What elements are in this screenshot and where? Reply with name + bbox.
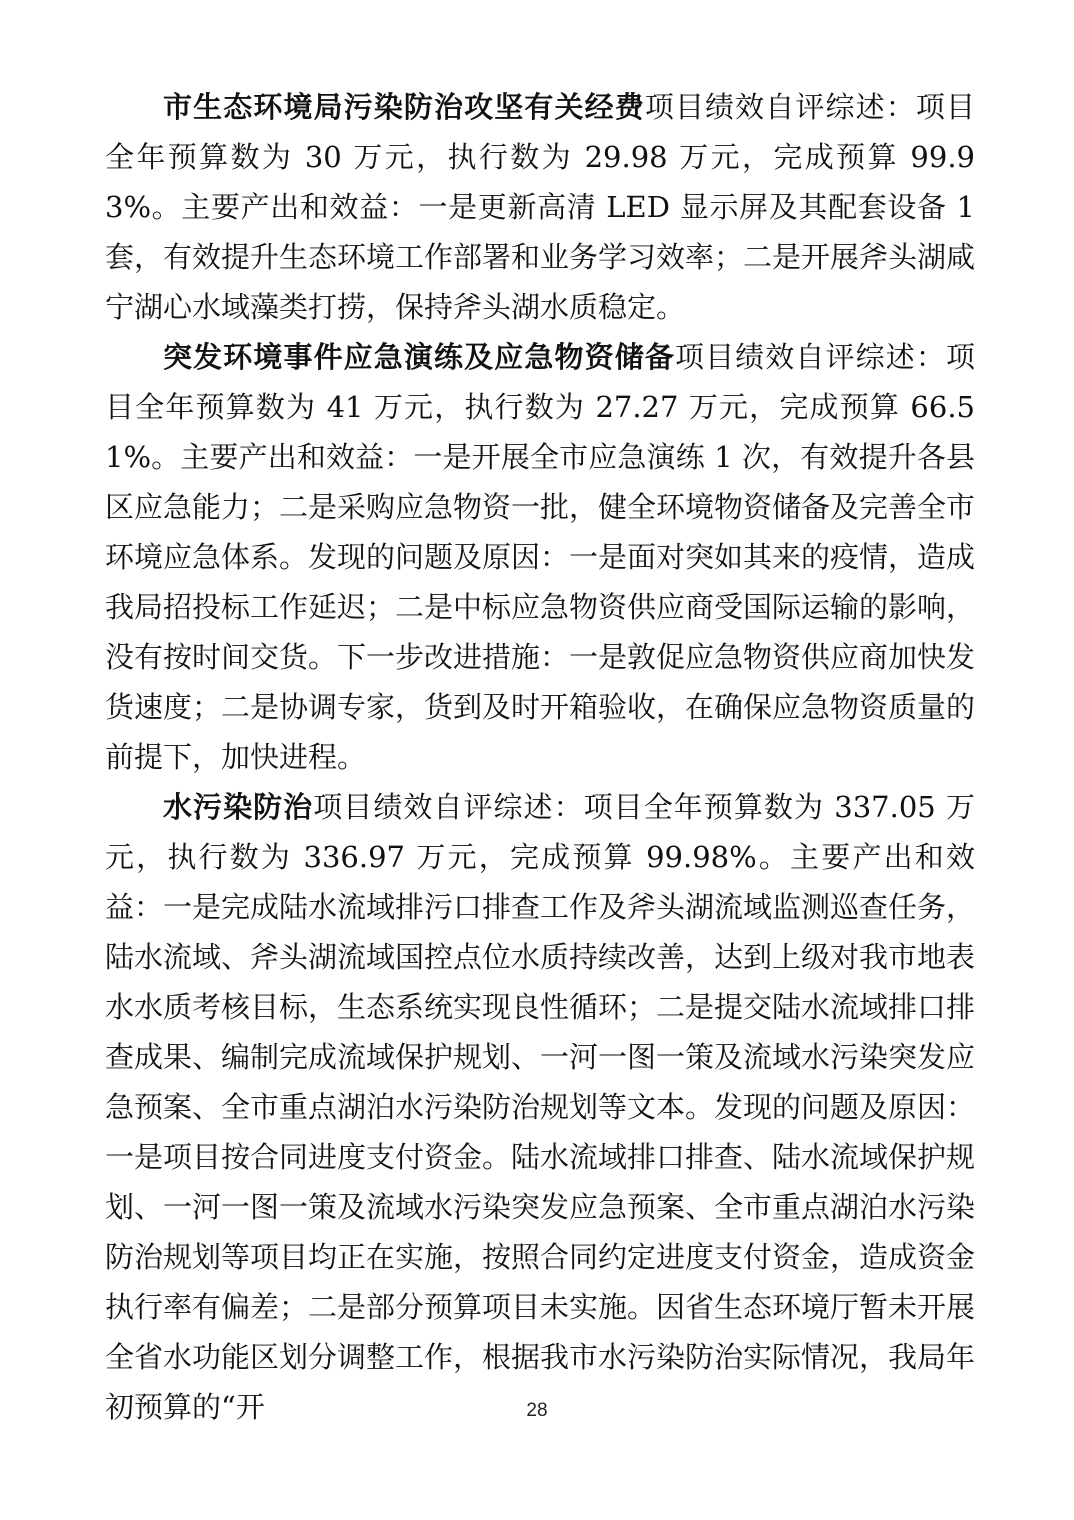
paragraph-emergency-drill-supplies: 突发环境事件应急演练及应急物资储备项目绩效自评综述：项目全年预算数为 41 万元… [105,332,975,782]
paragraph-body-text: 项目绩效自评综述：项目全年预算数为 337.05 万元，执行数为 336.97 … [105,790,975,1424]
paragraph-water-pollution-control: 水污染防治项目绩效自评综述：项目全年预算数为 337.05 万元，执行数为 33… [105,782,975,1432]
page-number: 28 [0,1400,1074,1422]
page-content: 市生态环境局污染防治攻坚有关经费项目绩效自评综述：项目全年预算数为 30 万元，… [105,82,975,1432]
document-page: 市生态环境局污染防治攻坚有关经费项目绩效自评综述：项目全年预算数为 30 万元，… [0,0,1074,1520]
paragraph-body-text: 项目绩效自评综述：项目全年预算数为 30 万元，执行数为 29.98 万元，完成… [105,90,975,324]
paragraph-lead-bold: 突发环境事件应急演练及应急物资储备 [163,340,675,374]
paragraph-pollution-control-funds: 市生态环境局污染防治攻坚有关经费项目绩效自评综述：项目全年预算数为 30 万元，… [105,82,975,332]
paragraph-body-text: 项目绩效自评综述：项目全年预算数为 41 万元，执行数为 27.27 万元，完成… [105,340,975,774]
paragraph-lead-bold: 水污染防治 [163,790,313,824]
paragraph-lead-bold: 市生态环境局污染防治攻坚有关经费 [163,90,645,124]
